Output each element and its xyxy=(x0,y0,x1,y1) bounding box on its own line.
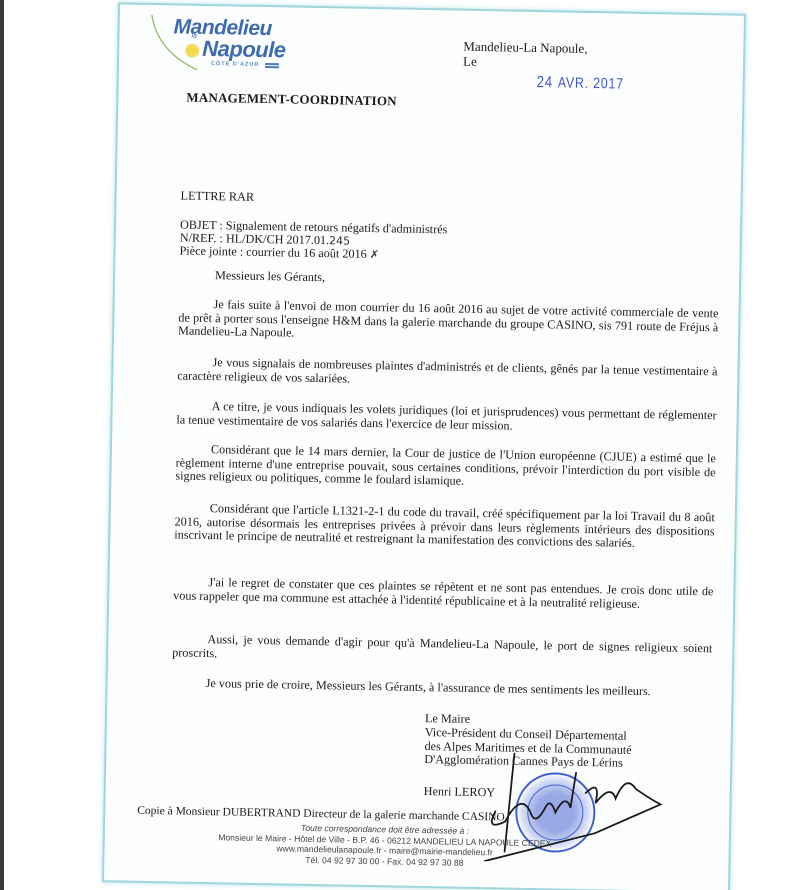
logo-text-cote-azur: CÔTE D'AZUR xyxy=(211,61,259,68)
paragraph: Aussi, je vous demande d'agir pour qu'à … xyxy=(172,632,712,669)
date-stamp-month-year: AVR. 2017 xyxy=(558,74,624,92)
copy-recipient: Copie à Monsieur DUBERTRAND Directeur de… xyxy=(137,805,505,824)
paragraph: Je vous signalais de nombreuses plaintes… xyxy=(177,355,717,392)
waves-icon xyxy=(265,63,279,68)
paragraph: A ce titre, je vous indiquais les volets… xyxy=(176,399,716,436)
paragraph: Considérant que l'article L1321-2-1 du c… xyxy=(174,501,715,552)
date-prefix: Le xyxy=(463,54,587,71)
paragraph-text: Aussi, je vous demande d'agir pour qu'à … xyxy=(172,632,712,660)
paragraph: Considérant que le 14 mars dernier, la C… xyxy=(175,442,716,493)
paragraph: J'ai le regret de constater que ces plai… xyxy=(173,575,713,612)
references-block: OBJET : Signalement de retours négatifs … xyxy=(179,218,720,267)
paragraph-text: J'ai le regret de constater que ces plai… xyxy=(173,575,713,611)
city-logo: Mandelieu la Napoule CÔTE D'AZUR xyxy=(147,11,298,84)
piece-jointe-text: Pièce jointe : courrier du 16 août 2016 xyxy=(179,243,366,260)
paragraph-text: Considérant que le 14 mars dernier, la C… xyxy=(175,442,716,488)
closing-formula: Je vous prie de croire, Messieurs les Gé… xyxy=(206,676,651,699)
paragraph-text: A ce titre, je vous indiquais les volets… xyxy=(176,399,716,432)
logo-text-la: la xyxy=(191,33,197,40)
letter-type: LETTRE RAR xyxy=(180,189,720,212)
footer-contact: Toute correspondance doit être adressée … xyxy=(194,821,575,870)
paragraph-text: Je fais suite à l'envoi de mon courrier … xyxy=(178,297,719,340)
paragraph-text: Je vous signalais de nombreuses plaintes… xyxy=(177,355,717,385)
date-stamp: 24AVR. 2017 xyxy=(537,74,624,94)
logo-text-napoule: Napoule xyxy=(202,36,286,64)
salutation: Messieurs les Gérants, xyxy=(215,268,325,285)
window-edge xyxy=(0,0,4,890)
date-stamp-day: 24 xyxy=(537,74,554,91)
place-and-date: Mandelieu-La Napoule, Le xyxy=(463,39,588,71)
handwritten-mark-icon: ✗ xyxy=(370,248,379,261)
paragraph: Je fais suite à l'envoi de mon courrier … xyxy=(178,297,719,348)
place-line: Mandelieu-La Napoule, xyxy=(463,39,587,56)
letter-page: Mandelieu la Napoule CÔTE D'AZUR MANAGEM… xyxy=(102,2,746,890)
paragraph-text: Considérant que l'article L1321-2-1 du c… xyxy=(174,501,715,550)
department-heading: MANAGEMENT-COORDINATION xyxy=(186,90,397,110)
